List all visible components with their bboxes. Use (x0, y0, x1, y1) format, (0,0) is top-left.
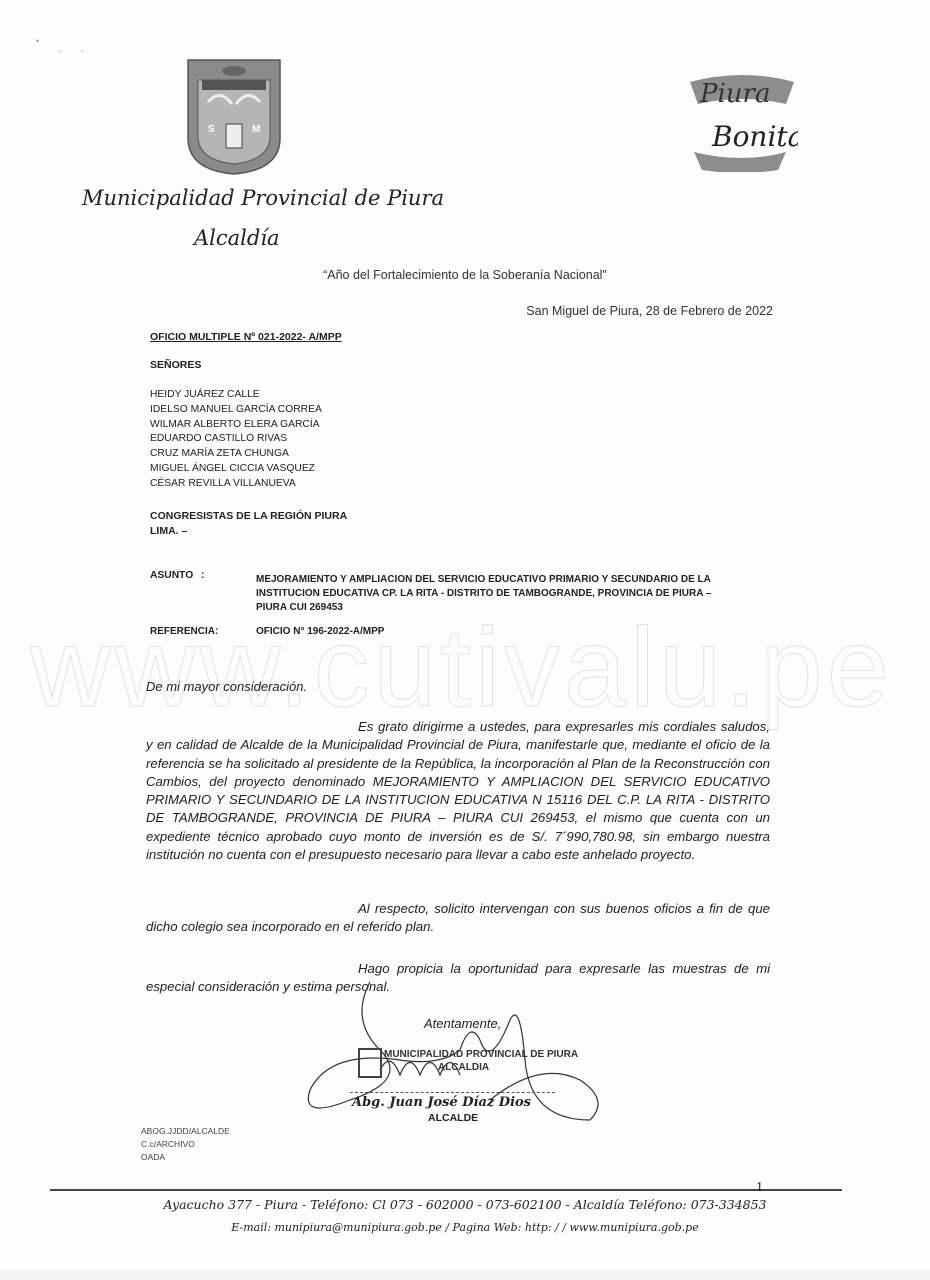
reference-label: REFERENCIA: (150, 626, 218, 637)
crest-letter-m: M (252, 124, 260, 135)
organization-name: Municipalidad Provincial de Piura (82, 186, 444, 210)
recipient: HEIDY JUÁREZ CALLE (150, 388, 322, 403)
footer-contact: E-mail: munipiura@munipiura.gob.pe / Pag… (0, 1221, 930, 1234)
footer-rule (50, 1189, 842, 1191)
signer-role: ALCALDE (428, 1112, 478, 1124)
piura-bonita-logo: Piura Bonita (686, 72, 798, 172)
stamp-crest-icon (358, 1048, 382, 1078)
reference-text: OFICIO N° 196-2022-A/MPP (256, 626, 384, 637)
recipient-city: LIMA. – (150, 524, 347, 539)
stamp-office: ALCALDIA (438, 1062, 489, 1073)
recipient-group: CONGRESISTAS DE LA REGIÓN PIURA LIMA. – (150, 509, 347, 538)
salutation-title: SEÑORES (150, 359, 201, 371)
year-motto: “Año del Fortalecimiento de la Soberanía… (0, 268, 930, 282)
initials-line: C.c/ARCHIVO (141, 1138, 230, 1151)
recipient: CRUZ MARÍA ZETA CHUNGA (150, 447, 322, 462)
logo-line1: Piura (699, 79, 770, 109)
recipient: IDELSO MANUEL GARCÍA CORREA (150, 403, 322, 418)
subject-text: MEJORAMIENTO Y AMPLIACION DEL SERVICIO E… (256, 573, 726, 615)
initials-line: ABOG.JJDD/ALCALDE (141, 1125, 230, 1138)
signature-line (350, 1092, 555, 1093)
body-paragraph-1: Es grato dirigirme a ustedes, para expre… (146, 718, 770, 864)
page-number: 1 (756, 1180, 763, 1196)
document-number: OFICIO MULTIPLE Nº 021-2022- A/MPP (150, 331, 342, 343)
crest-letter-s: S (208, 124, 215, 135)
subject-label: ASUNTO (150, 570, 193, 581)
signer-name: Abg. Juan José Díaz Dios (352, 1095, 531, 1110)
initials-line: OADA (141, 1151, 230, 1164)
place-date: San Miguel de Piura, 28 de Febrero de 20… (526, 304, 773, 318)
subject-colon: : (201, 570, 204, 581)
recipient: EDUARDO CASTILLO RIVAS (150, 432, 322, 447)
stamp-organization: MUNICIPALIDAD PROVINCIAL DE PIURA (384, 1049, 578, 1060)
recipient: WILMAR ALBERTO ELERA GARCÍA (150, 418, 322, 433)
recipient: MIGUEL ÁNGEL CICCIA VASQUEZ (150, 462, 322, 477)
recipient-list: HEIDY JUÁREZ CALLE IDELSO MANUEL GARCÍA … (150, 388, 322, 492)
reference-initials: ABOG.JJDD/ALCALDE C.c/ARCHIVO OADA (141, 1125, 230, 1164)
scan-speck: - - (58, 46, 84, 56)
footer-address: Ayacucho 377 - Piura - Teléfono: Cl 073 … (0, 1197, 930, 1212)
scan-speck: • (36, 36, 39, 46)
recipient: CÉSAR REVILLA VILLANUEVA (150, 477, 322, 492)
office-name: Alcaldía (194, 226, 280, 250)
greeting: De mi mayor consideración. (146, 679, 307, 694)
municipal-crest-icon: S M (186, 58, 282, 176)
body-paragraph-2: Al respecto, solicito intervengan con su… (146, 900, 770, 937)
logo-line2: Bonita (711, 120, 798, 153)
recipient-group-title: CONGRESISTAS DE LA REGIÓN PIURA (150, 509, 347, 524)
scan-edge (0, 1270, 930, 1280)
